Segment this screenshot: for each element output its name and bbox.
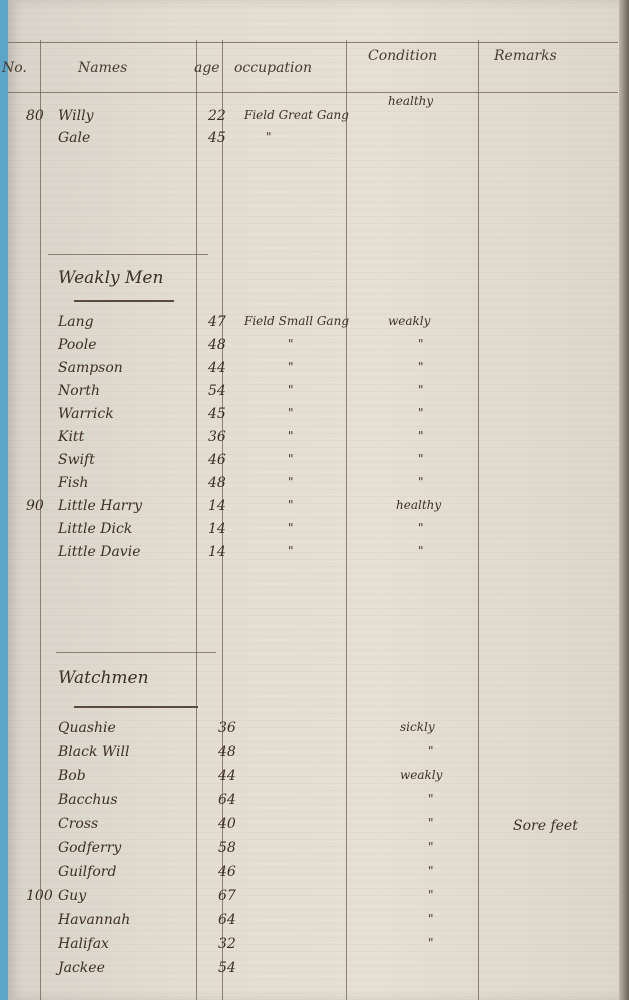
header-no: No. [2, 60, 27, 76]
row-age: 45 [208, 406, 226, 422]
row-condition: " [418, 521, 424, 535]
row-no: 100 [26, 888, 53, 904]
section-divider [56, 652, 216, 653]
table-row: Kitt36"" [8, 429, 629, 451]
table-row: Fish48"" [8, 475, 629, 497]
row-condition: " [418, 337, 424, 351]
row-age: 48 [218, 744, 236, 760]
section-underline [74, 300, 174, 302]
header-occupation: occupation [234, 60, 312, 76]
row-condition: healthy [396, 498, 441, 512]
row-age: 44 [208, 360, 226, 376]
table-row: Havannah64" [8, 912, 629, 934]
row-name: Bacchus [58, 792, 118, 808]
row-age: 45 [208, 130, 226, 146]
row-condition: " [428, 840, 434, 854]
table-row: Quashie36sickly [8, 720, 629, 742]
row-condition: " [428, 816, 434, 830]
row-condition: " [418, 429, 424, 443]
row-age: 36 [208, 429, 226, 445]
row-age: 64 [218, 792, 236, 808]
row-name: Gale [58, 130, 90, 146]
row-age: 48 [208, 475, 226, 491]
table-row: 100Guy67" [8, 888, 629, 910]
row-occupation: " [288, 544, 294, 558]
row-condition: " [428, 912, 434, 926]
row-occupation: " [288, 383, 294, 397]
section-title-weakly-men: Weakly Men [58, 268, 163, 288]
row-age: 40 [218, 816, 236, 832]
row-name: Jackee [58, 960, 105, 976]
table-row: Lang47Field Small Gangweakly [8, 314, 629, 336]
table-row: Little Dick14"" [8, 521, 629, 543]
row-name: Black Will [58, 744, 129, 760]
table-row: Bob44weakly [8, 768, 629, 790]
row-name: Fish [58, 475, 88, 491]
row-condition: sickly [400, 720, 435, 734]
row-name: Lang [58, 314, 94, 330]
row-condition: " [428, 744, 434, 758]
row-condition: healthy [388, 94, 433, 108]
row-condition: " [418, 406, 424, 420]
row-occupation: " [288, 360, 294, 374]
table-row: Cross40"Sore feet [8, 816, 629, 838]
row-name: Little Harry [58, 498, 142, 514]
row-name: North [58, 383, 100, 399]
ledger-page: No. Names age occupation Condition Remar… [8, 0, 629, 1000]
row-occupation: " [288, 406, 294, 420]
row-age: 22 [208, 108, 226, 124]
row-occupation: " [288, 521, 294, 535]
row-age: 36 [218, 720, 236, 736]
header-remarks: Remarks [494, 48, 557, 64]
row-condition: " [418, 544, 424, 558]
row-name: Sampson [58, 360, 123, 376]
row-occupation: Field Small Gang [244, 314, 349, 328]
row-occupation: " [266, 130, 272, 144]
row-age: 46 [218, 864, 236, 880]
row-age: 47 [208, 314, 226, 330]
row-name: Halifax [58, 936, 109, 952]
row-name: Little Davie [58, 544, 140, 560]
table-row: Godferry58" [8, 840, 629, 862]
row-age: 46 [208, 452, 226, 468]
row-age: 14 [208, 521, 226, 537]
table-row: Halifax32" [8, 936, 629, 958]
row-age: 48 [208, 337, 226, 353]
row-condition: weakly [400, 768, 442, 782]
row-age: 54 [208, 383, 226, 399]
row-no: 80 [26, 108, 44, 124]
row-name: Guy [58, 888, 86, 904]
header-bottom-rule [8, 92, 618, 93]
row-name: Godferry [58, 840, 121, 856]
table-row: Sampson44"" [8, 360, 629, 382]
row-age: 32 [218, 936, 236, 952]
row-condition: " [428, 792, 434, 806]
row-occupation: " [288, 475, 294, 489]
table-row: Bacchus64" [8, 792, 629, 814]
header-top-rule [8, 42, 618, 43]
row-age: 44 [218, 768, 236, 784]
row-occupation: " [288, 498, 294, 512]
row-name: Swift [58, 452, 95, 468]
table-row: Guilford46" [8, 864, 629, 886]
row-occupation: " [288, 452, 294, 466]
row-age: 58 [218, 840, 236, 856]
row-remarks: Sore feet [513, 818, 578, 834]
row-condition: " [428, 888, 434, 902]
row-name: Guilford [58, 864, 116, 880]
row-occupation: " [288, 337, 294, 351]
row-name: Poole [58, 337, 96, 353]
header-names: Names [78, 60, 127, 76]
row-condition: " [428, 936, 434, 950]
table-row: 90Little Harry14"healthy [8, 498, 629, 520]
row-condition: " [418, 475, 424, 489]
section-underline [74, 706, 198, 708]
row-condition: " [418, 383, 424, 397]
row-condition: " [428, 864, 434, 878]
table-row: 80 Willy 22 Field Great Gang healthy [8, 108, 629, 130]
row-name: Havannah [58, 912, 130, 928]
row-name: Quashie [58, 720, 116, 736]
row-condition: " [418, 452, 424, 466]
section-title-watchmen: Watchmen [58, 668, 149, 688]
row-condition: " [418, 360, 424, 374]
table-row: Gale 45 " [8, 130, 629, 152]
table-row: Black Will48" [8, 744, 629, 766]
table-row: Warrick45"" [8, 406, 629, 428]
header-condition: Condition [368, 48, 437, 64]
row-name: Bob [58, 768, 86, 784]
table-row: Swift46"" [8, 452, 629, 474]
row-occupation: Field Great Gang [244, 108, 349, 122]
row-name: Willy [58, 108, 94, 124]
row-name: Cross [58, 816, 98, 832]
table-row: Poole48"" [8, 337, 629, 359]
row-age: 67 [218, 888, 236, 904]
row-no: 90 [26, 498, 44, 514]
row-age: 14 [208, 544, 226, 560]
row-condition: weakly [388, 314, 430, 328]
table-row: Little Davie14"" [8, 544, 629, 566]
row-age: 64 [218, 912, 236, 928]
row-age: 54 [218, 960, 236, 976]
section-divider [48, 254, 208, 255]
row-occupation: " [288, 429, 294, 443]
row-age: 14 [208, 498, 226, 514]
header-age: age [194, 60, 220, 76]
table-row: Jackee54 [8, 960, 629, 982]
row-name: Warrick [58, 406, 114, 422]
row-name: Little Dick [58, 521, 132, 537]
row-name: Kitt [58, 429, 84, 445]
table-row: North54"" [8, 383, 629, 405]
